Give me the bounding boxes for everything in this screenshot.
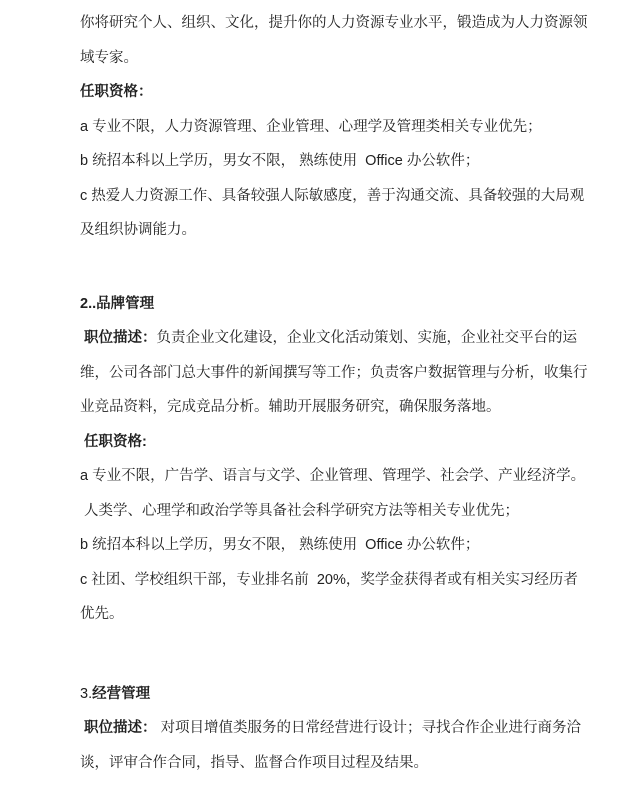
doc-heading-operations-management: 3.经营管理 <box>80 677 594 712</box>
line-text: 负责企业文化建设，企业文化活动策划、实施，企业社交平台的运 <box>157 330 578 346</box>
doc-line: 职位描述： 对项目增值类服务的日常经营进行设计；寻找合作企业进行商务洽 <box>80 711 594 746</box>
doc-line: 谈，评审合作合同，指导、监督合作项目过程及结果。 <box>80 746 594 781</box>
line-text: 域专家。 <box>80 50 138 66</box>
doc-line: c 热爱人力资源工作、具备较强人际敏感度，善于沟通交流、具备较强的大局观 <box>80 179 594 214</box>
line-text: 及组织协调能力。 <box>80 222 196 238</box>
line-text: a 专业不限，广告学、语言与文学、企业管理、管理学、社会学、产业经济学。 <box>80 468 585 484</box>
line-text: 优先。 <box>80 606 124 622</box>
line-text: 谈，评审合作合同，指导、监督合作项目过程及结果。 <box>80 755 428 771</box>
doc-heading-qualifications: 任职资格: <box>80 425 594 460</box>
line-text: a 专业不限，人力资源管理、企业管理、心理学及管理类相关专业优先； <box>80 119 542 135</box>
doc-heading-brand-management: 2..品牌管理 <box>80 287 594 322</box>
line-text: c 热爱人力资源工作、具备较强人际敏感度，善于沟通交流、具备较强的大局观 <box>80 188 584 204</box>
doc-line: 维，公司各部门总大事件的新闻撰写等工作；负责客户数据管理与分析，收集行 <box>80 356 594 391</box>
doc-line: 及组织协调能力。 <box>80 213 594 248</box>
doc-line: 人类学、心理学和政治学等具备社会科学研究方法等相关专业优先； <box>80 494 594 529</box>
doc-line: a 专业不限，人力资源管理、企业管理、心理学及管理类相关专业优先； <box>80 110 594 145</box>
doc-line: b 统招本科以上学历，男女不限， 熟练使用 Office 办公软件； <box>80 528 594 563</box>
section-gap <box>80 632 594 677</box>
doc-line: a 专业不限，广告学、语言与文学、企业管理、管理学、社会学、产业经济学。 <box>80 459 594 494</box>
doc-heading-qualifications: 任职资格： <box>80 75 594 110</box>
line-bold-text: 职位描述： <box>80 330 157 346</box>
line-text: 3. <box>80 686 92 702</box>
line-text: 人类学、心理学和政治学等具备社会科学研究方法等相关专业优先； <box>80 503 519 519</box>
doc-line: 域专家。 <box>80 41 594 76</box>
line-text: b 统招本科以上学历，男女不限， 熟练使用 Office 办公软件； <box>80 537 479 553</box>
line-bold-text: 任职资格: <box>80 434 147 450</box>
doc-line: 业竞品资料，完成竞品分析。辅助开展服务研究，确保服务落地。 <box>80 390 594 425</box>
doc-line: b 统招本科以上学历，男女不限， 熟练使用 Office 办公软件； <box>80 144 594 179</box>
line-bold-text: 2..品牌管理 <box>80 296 154 312</box>
line-text: b 统招本科以上学历，男女不限， 熟练使用 Office 办公软件； <box>80 153 479 169</box>
line-bold-text: 经营管理 <box>92 686 150 702</box>
doc-line: c 社团、学校组织干部，专业排名前 20%，奖学金获得者或有相关实习经历者 <box>80 563 594 598</box>
line-bold-text: 任职资格： <box>80 84 153 100</box>
doc-line: 你将研究个人、组织、文化，提升你的人力资源专业水平，锻造成为人力资源领 <box>80 6 594 41</box>
line-text: 对项目增值类服务的日常经营进行设计；寻找合作企业进行商务洽 <box>161 720 582 736</box>
line-text: c 社团、学校组织干部，专业排名前 20%，奖学金获得者或有相关实习经历者 <box>80 572 578 588</box>
section-gap <box>80 248 594 287</box>
document-page: 你将研究个人、组织、文化，提升你的人力资源专业水平，锻造成为人力资源领 域专家。… <box>0 0 630 796</box>
line-text: 业竞品资料，完成竞品分析。辅助开展服务研究，确保服务落地。 <box>80 399 501 415</box>
doc-line: 职位描述：负责企业文化建设，企业文化活动策划、实施，企业社交平台的运 <box>80 321 594 356</box>
line-text: 你将研究个人、组织、文化，提升你的人力资源专业水平，锻造成为人力资源领 <box>80 15 588 31</box>
line-text: 维，公司各部门总大事件的新闻撰写等工作；负责客户数据管理与分析，收集行 <box>80 365 588 381</box>
doc-line: 优先。 <box>80 597 594 632</box>
line-bold-text: 职位描述： <box>80 720 161 736</box>
